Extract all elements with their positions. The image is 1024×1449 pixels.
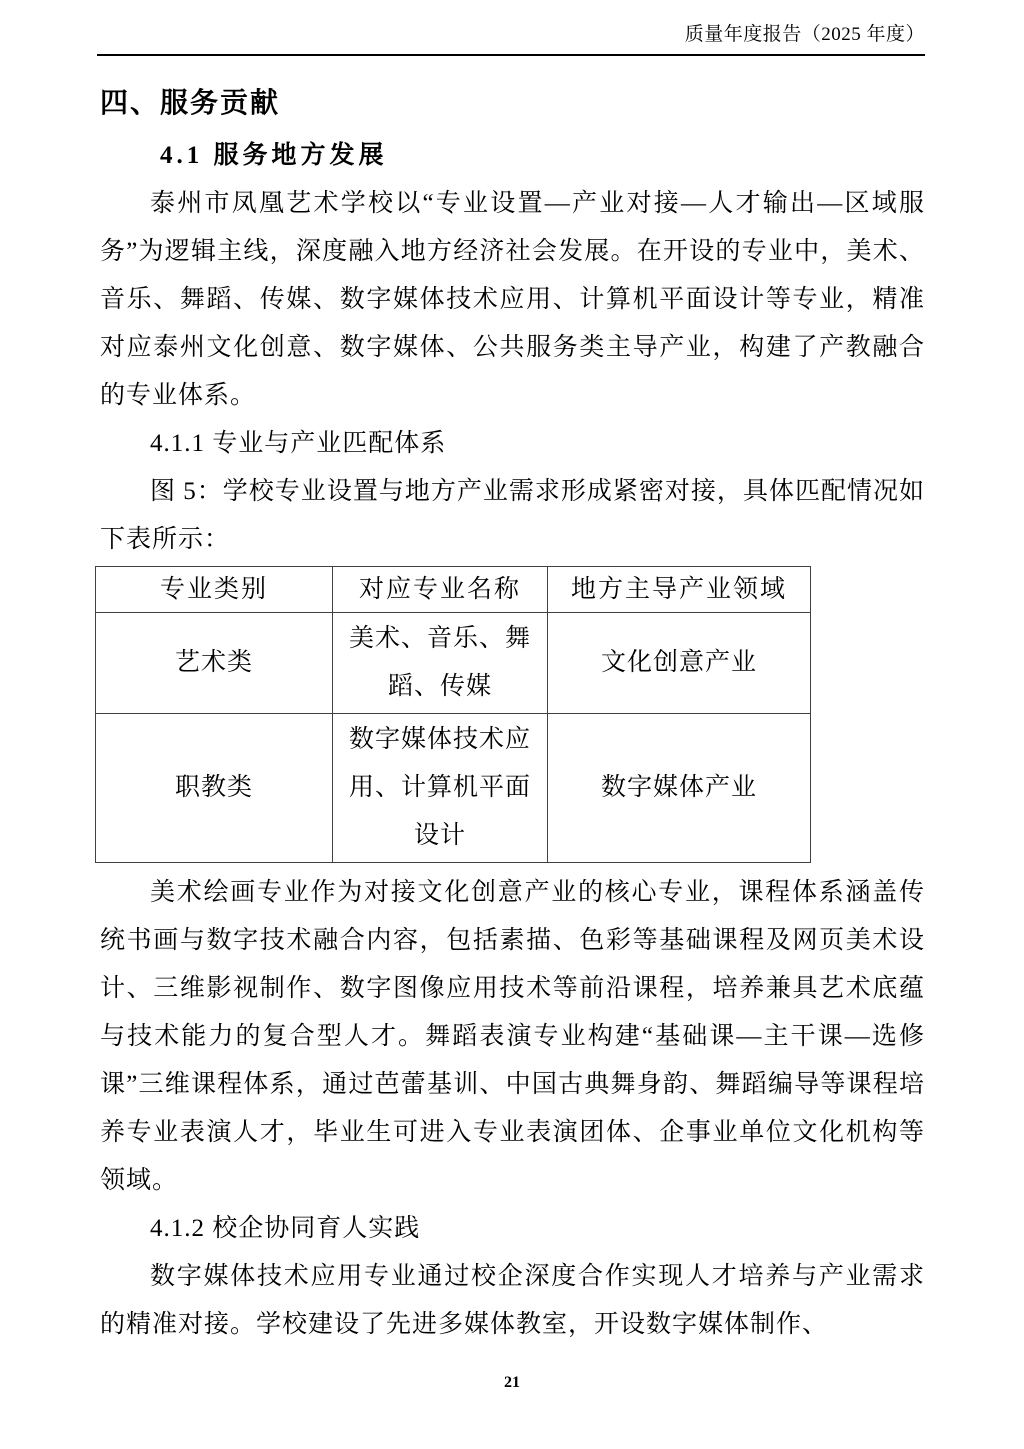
report-title: 质量年度报告（2025 年度） <box>97 24 925 46</box>
document-page: 质量年度报告（2025 年度） 四、服务贡献 4.1 服务地方发展 泰州市凤凰艺… <box>0 0 1024 1449</box>
table-header-row: 专业类别 对应专业名称 地方主导产业领域 <box>96 567 811 613</box>
cell-majors-art: 美术、音乐、舞蹈、传媒 <box>333 613 548 714</box>
table-header-category: 专业类别 <box>96 567 333 613</box>
cell-majors-vocational: 数字媒体技术应用、计算机平面设计 <box>333 714 548 863</box>
page-footer: 21 <box>0 1374 1024 1392</box>
cell-category-art: 艺术类 <box>96 613 333 714</box>
table-header-major-name: 对应专业名称 <box>333 567 548 613</box>
paragraph-cooperation: 数字媒体技术应用专业通过校企深度合作实现人才培养与产业需求的精准对接。学校建设了… <box>100 1253 925 1349</box>
cell-industry-vocational: 数字媒体产业 <box>548 714 811 863</box>
table-header-industry-field: 地方主导产业领域 <box>548 567 811 613</box>
header-divider <box>97 54 925 56</box>
table-row-art: 艺术类 美术、音乐、舞蹈、传媒 文化创意产业 <box>96 613 811 714</box>
cell-industry-art: 文化创意产业 <box>548 613 811 714</box>
cell-category-vocational: 职教类 <box>96 714 333 863</box>
page-number: 21 <box>504 1375 520 1391</box>
paragraph-majors-detail: 美术绘画专业作为对接文化创意产业的核心专业，课程体系涵盖传统书画与数字技术融合内… <box>100 869 925 1205</box>
page-header: 质量年度报告（2025 年度） <box>0 0 1024 56</box>
major-industry-match-table: 专业类别 对应专业名称 地方主导产业领域 艺术类 美术、音乐、舞蹈、传媒 文化创… <box>95 566 811 863</box>
table-row-vocational: 职教类 数字媒体技术应用、计算机平面设计 数字媒体产业 <box>96 714 811 863</box>
subsection-heading: 4.1 服务地方发展 <box>160 140 925 172</box>
paragraph-intro: 泰州市凤凰艺术学校以“专业设置—产业对接—人才输出—区域服务”为逻辑主线，深度融… <box>100 180 925 420</box>
figure-caption: 图 5：学校专业设置与地方产业需求形成紧密对接，具体匹配情况如下表所示： <box>100 468 925 564</box>
subsubsection-heading-1: 4.1.1 专业与产业匹配体系 <box>100 420 925 468</box>
section-heading: 四、服务贡献 <box>100 86 925 120</box>
subsubsection-heading-2: 4.1.2 校企协同育人实践 <box>100 1205 925 1253</box>
